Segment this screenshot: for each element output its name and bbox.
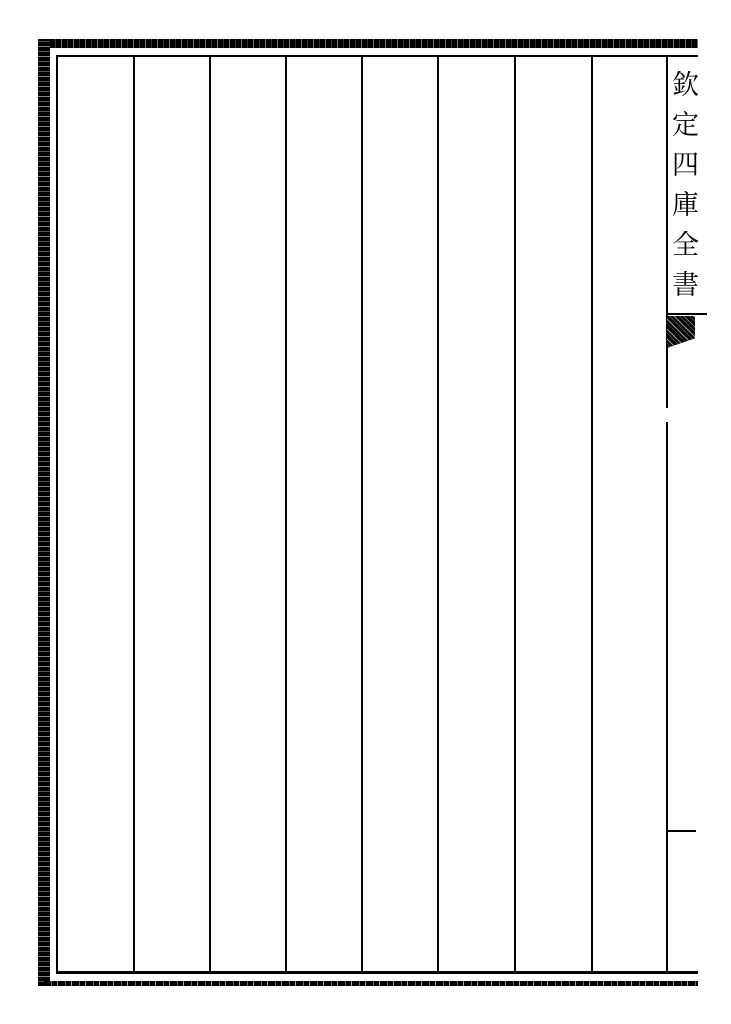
column-rule [437, 56, 439, 972]
column-rule [133, 56, 135, 972]
inner-frame-top [56, 55, 698, 57]
inner-frame-bottom [56, 971, 698, 974]
banxin-title: 欽定四庫全書 [672, 70, 702, 310]
column-rule [591, 56, 593, 972]
column-rule [361, 56, 363, 972]
fishtail-mark-icon [667, 316, 695, 348]
outer-frame-bottom [44, 981, 698, 986]
outer-frame-left [38, 39, 50, 986]
book-page: 欽定四庫全書 [0, 0, 731, 1024]
column-rule-left-border [56, 56, 58, 972]
banxin-lower-tick [668, 830, 696, 832]
banxin-rule-gap [664, 408, 670, 422]
column-rule [209, 56, 211, 972]
outer-frame-top [38, 39, 698, 48]
column-rule [514, 56, 516, 972]
column-rule [285, 56, 287, 972]
